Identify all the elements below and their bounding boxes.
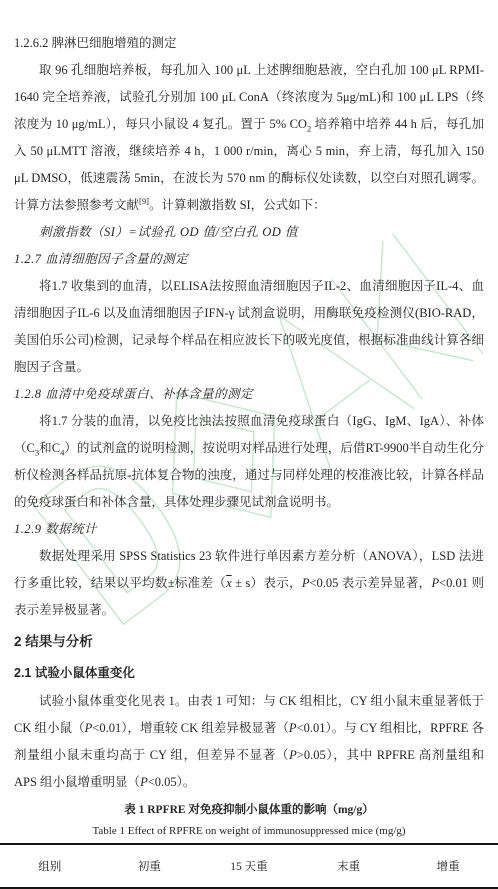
section-heading-1-2-8: 1.2.8 血清中免疫球蛋白、补体含量的测定 [14, 381, 484, 408]
table-caption-cn: 表 1 RPFRE 对免疫抑制小鼠体重的影响（mg/g） [14, 798, 484, 822]
para-mouse-weight-change-run: P [289, 748, 297, 762]
para-mouse-weight-change-run: <0.01），增重较 CK 组差异极显著（ [92, 721, 289, 735]
para-serum-cytokine-run: 将1.7 收集到的血清，以ELISA法按照血清细胞因子IL-2、血清细胞因子IL… [14, 279, 484, 374]
section-heading-1-2-9-run: 1.2.9 数据统计 [14, 522, 97, 536]
section-heading-1-2-6-2: 1.2.6.2 脾淋巴细胞增殖的测定 [14, 30, 484, 57]
table-caption-en: Table 1 Effect of RPFRE on weight of imm… [14, 822, 484, 841]
table-header-cell: 末重 [299, 858, 399, 874]
para-statistics: 数据处理采用 SPSS Statistics 23 软件进行单因素方差分析（AN… [14, 543, 484, 624]
formula-stimulation-index-run: 刺激指数（SI）=试验孔 OD 值/空白孔 OD 值 [39, 225, 298, 239]
results-table: 组别初重15 天重末重增重 [0, 843, 498, 889]
para-mouse-weight-change-run: P [289, 721, 297, 735]
para-lymphocyte-proliferation-run: 。计算刺激指数 SI，公式如下： [149, 198, 326, 212]
para-lymphocyte-proliferation-run: [9] [139, 196, 149, 206]
section-heading-2-run: 2 结果与分析 [14, 634, 93, 649]
para-statistics-run: <0.05 表示差异显著， [309, 576, 431, 590]
para-immunoglobulin-complement-run: 和C [39, 441, 60, 455]
table-header-cell: 组别 [0, 858, 100, 874]
section-heading-2-1-run: 2.1 试验小鼠体重变化 [14, 666, 135, 680]
para-immunoglobulin-complement: 将1.7 分装的血清，以免疫比浊法按照血清免疫球蛋白（IgG、IgM、IgA）、… [14, 408, 484, 516]
table-caption-en-run: Table 1 Effect of RPFRE on weight of imm… [92, 825, 405, 837]
table-caption-cn-run: 表 1 RPFRE 对免疫抑制小鼠体重的影响（mg/g） [124, 804, 373, 816]
section-heading-1-2-7-run: 1.2.7 血清细胞因子含量的测定 [14, 252, 188, 266]
para-mouse-weight-change: 试验小鼠体重变化见表 1。由表 1 可知：与 CK 组相比，CY 组小鼠末重显著… [14, 688, 484, 796]
table-header-cell: 增重 [398, 858, 498, 874]
table-header-cell: 初重 [100, 858, 200, 874]
para-serum-cytokine: 将1.7 收集到的血清，以ELISA法按照血清细胞因子IL-2、血清细胞因子IL… [14, 273, 484, 381]
section-heading-2-1: 2.1 试验小鼠体重变化 [14, 659, 484, 688]
paper-page: 1.2.6.2 脾淋巴细胞增殖的测定取 96 孔细胞培养板，每孔加入 100 μ… [0, 0, 498, 889]
section-heading-1-2-6-2-run: 1.2.6.2 脾淋巴细胞增殖的测定 [14, 36, 177, 50]
section-heading-1-2-7: 1.2.7 血清细胞因子含量的测定 [14, 246, 484, 273]
para-lymphocyte-proliferation: 取 96 孔细胞培养板，每孔加入 100 μL 上述脾细胞悬液，空白孔加 100… [14, 57, 484, 219]
para-immunoglobulin-complement-run: ）的试剂盒的说明检测，按说明对样品进行处理，后借RT-9900半自动生化分析仪检… [14, 441, 484, 509]
para-mouse-weight-change-run: <0.05）。 [148, 775, 196, 789]
section-heading-1-2-8-run: 1.2.8 血清中免疫球蛋白、补体含量的测定 [14, 387, 253, 401]
para-mouse-weight-change-run: P [140, 775, 148, 789]
section-heading-2: 2 结果与分析 [14, 627, 484, 657]
formula-stimulation-index: 刺激指数（SI）=试验孔 OD 值/空白孔 OD 值 [14, 219, 484, 246]
table-header-cell: 15 天重 [199, 858, 299, 874]
table-header-row: 组别初重15 天重末重增重 [0, 845, 498, 887]
document-content: 1.2.6.2 脾淋巴细胞增殖的测定取 96 孔细胞培养板，每孔加入 100 μ… [0, 0, 498, 889]
section-heading-1-2-9: 1.2.9 数据统计 [14, 516, 484, 543]
para-statistics-run: P [431, 576, 439, 590]
para-statistics-run: ± s）表示， [232, 576, 302, 590]
